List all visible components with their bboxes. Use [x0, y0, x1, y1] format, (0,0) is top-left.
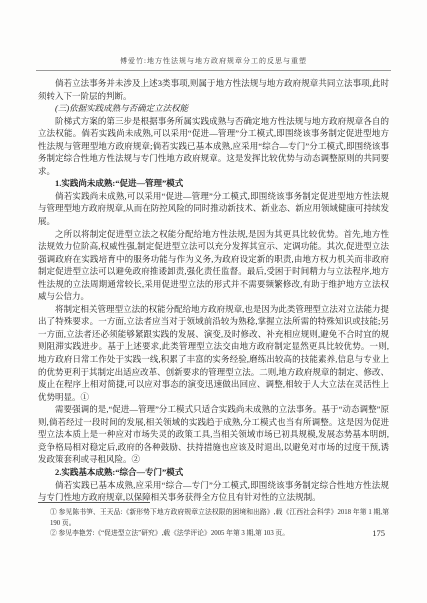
footnote-1: ① 参见陈书笋、王天品:《新形势下地方政府规章立法权限的困境和出路》,载《江西社…: [50, 508, 389, 529]
paragraph-promote-manage-mode: 倘若实践尚未成熟,可以采用“促进—管理”分工模式,即围绕该事务制定促进型地方性法…: [38, 190, 389, 228]
page-body: 倘若立法事务并未涉及上述3类事项,则属于地方性法规与地方政府规章共同立法事项,此…: [38, 77, 389, 504]
paragraph-why-promote-legislation: 之所以将制定促进型立法之权能分配给地方性法规,是因为其更具比较优势。首先,地方性…: [38, 228, 389, 303]
footnote-rule: [38, 502, 150, 503]
subheading-immature-practice: 1.实践尚未成熟:“促进—管理”模式: [38, 177, 389, 190]
paragraph-comprehensive-special-mode: 倘若实践已基本成熟,应采用“综合—专门”分工模式,即围绕该事务制定综合性地方性法…: [38, 479, 389, 504]
document-page: 傅爱竹:地方性法规与地方政府规章分工的反思与重塑 倘若立法事务并未涉及上述3类事…: [0, 0, 427, 603]
paragraph-why-manage-legislation: 将制定相关管理型立法的权能分配给地方政府规章,也是因为此类管理型立法对立法能力提…: [38, 303, 389, 403]
section-heading-three: (三)依据实践成熟与否确定立法权能: [38, 102, 389, 115]
running-head: 傅爱竹:地方性法规与地方政府规章分工的反思与重塑: [0, 0, 427, 66]
footnote-area: ① 参见陈书笋、王天品:《新形势下地方政府规章立法权限的困境和出路》,载《江西社…: [38, 502, 389, 540]
footnote-list: ① 参见陈书笋、王天品:《新形势下地方政府规章立法权限的困境和出路》,载《江西社…: [38, 508, 389, 540]
paragraph-dynamic-adjustment: 需要强调的是,“促进—管理”分工模式只适合实践尚未成熟的立法事务。基于“动态调整…: [38, 403, 389, 466]
paragraph-common-legislative-matters: 倘若立法事务并未涉及上述3类事项,则属于地方性法规与地方政府规章共同立法事项,此…: [38, 77, 389, 102]
page-number: 175: [372, 528, 385, 538]
paragraph-step-three: 阶梯式方案的第三步是根据事务所属实践成熟与否确定地方性法规与地方政府规章各自的立…: [38, 115, 389, 178]
header-rule: [36, 70, 391, 71]
subheading-mature-practice: 2.实践基本成熟:“综合—专门”模式: [38, 466, 389, 479]
footnote-2: ② 参见李艳芳:《“促进型立法”研究》,载《法学评论》2005 年第 3 期,第…: [50, 529, 389, 540]
